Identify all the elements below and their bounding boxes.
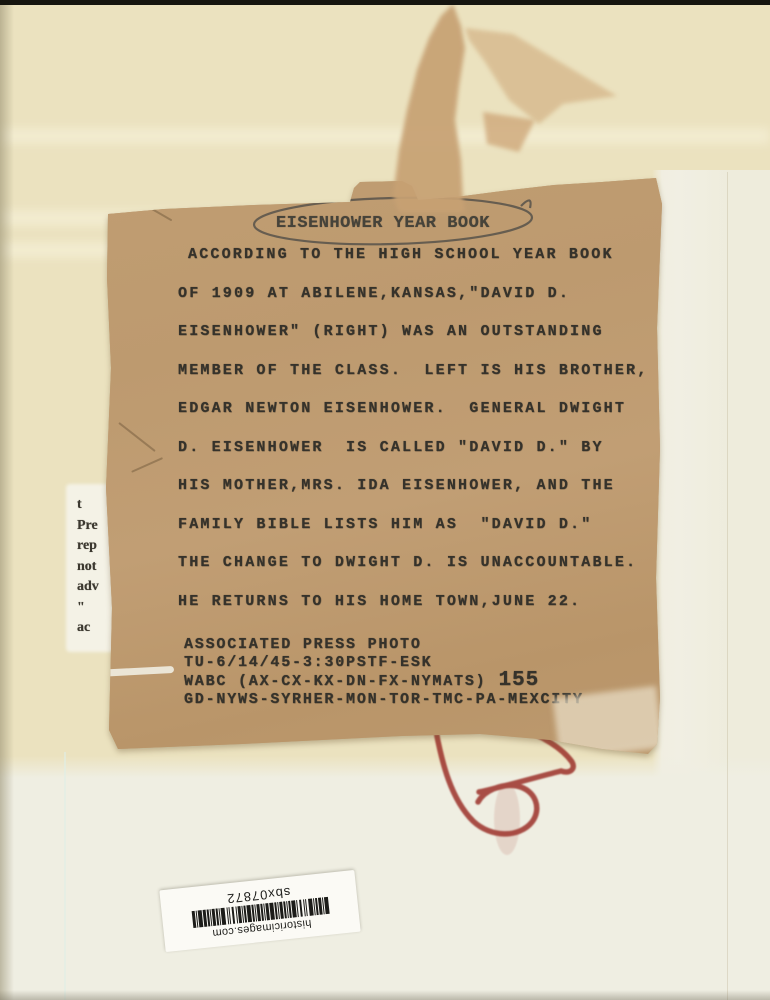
caption-line: HE RETURNS TO HIS HOME TOWN,JUNE 22. [178,583,648,622]
caption-text: ACCORDING TO THE HIGH SCHOOL YEAR BOOKOF… [178,236,648,621]
print-fragment: ac [77,618,107,639]
credit-routing: WABC (AX-CX-KX-DN-FX-NYMATS) [184,673,486,690]
print-fragment: " [77,598,107,619]
scan-bottom-edge [0,990,770,1000]
slip-torn-patch [553,686,664,760]
tape-stain [365,0,645,220]
print-fragment: not [77,557,107,578]
credit-photo-number: 155 [498,669,539,692]
caption-line: D. EISENHOWER IS CALLED "DAVID D." BY [178,429,648,468]
scan-scratch-line-right [727,172,728,1000]
caption-line: MEMBER OF THE CLASS. LEFT IS HIS BROTHER… [178,352,648,391]
scan-scratch-line-left [64,752,66,1000]
underlying-print-fragments: tPrerepnotadv"ac [77,495,107,639]
red-mark-smudge [494,783,520,855]
credit-routing-line: WABC (AX-CX-KX-DN-FX-NYMATS)155 [184,672,584,691]
scan-left-edge [0,0,14,1000]
print-fragment: rep [77,536,107,557]
print-fragment: t [77,495,107,516]
caption-line: EISENHOWER" (RIGHT) WAS AN OUTSTANDING [178,313,648,352]
print-fragment: Pre [77,516,107,537]
caption-line: ACCORDING TO THE HIGH SCHOOL YEAR BOOK [178,236,648,275]
caption-slip: EISENHOWER YEAR BOOK ACCORDING TO THE HI… [104,178,662,758]
caption-line: HIS MOTHER,MRS. IDA EISENHOWER, AND THE [178,467,648,506]
tape-stain-column [393,4,465,212]
credit-agency: ASSOCIATED PRESS PHOTO [184,636,584,654]
caption-slip-wrapper: EISENHOWER YEAR BOOK ACCORDING TO THE HI… [104,178,662,758]
tape-stain-triangle [465,28,617,124]
backing-white-bottom [0,756,770,1000]
caption-line: FAMILY BIBLE LISTS HIM AS "DAVID D." [178,506,648,545]
scan-top-edge [0,0,770,5]
caption-line: OF 1909 AT ABILENE,KANSAS,"DAVID D. [178,275,648,314]
caption-line: EDGAR NEWTON EISENHOWER. GENERAL DWIGHT [178,390,648,429]
slip-scratch [94,666,174,677]
slip-crease [118,422,155,452]
credit-block: ASSOCIATED PRESS PHOTO TU-6/14/45-3:30PS… [184,636,584,709]
press-photo-back-scan: tPrerepnotadv"ac EISENHOWER YEAR BOOK AC… [0,0,770,1000]
slip-crease [131,457,163,472]
print-fragment: adv [77,577,107,598]
caption-line: THE CHANGE TO DWIGHT D. IS UNACCOUNTABLE… [178,544,648,583]
tape-stain-blob [483,112,535,152]
barcode-bar [324,897,330,914]
credit-distribution: GD-NYWS-SYRHER-MON-TOR-TMC-PA-MEXCITY [184,691,584,709]
